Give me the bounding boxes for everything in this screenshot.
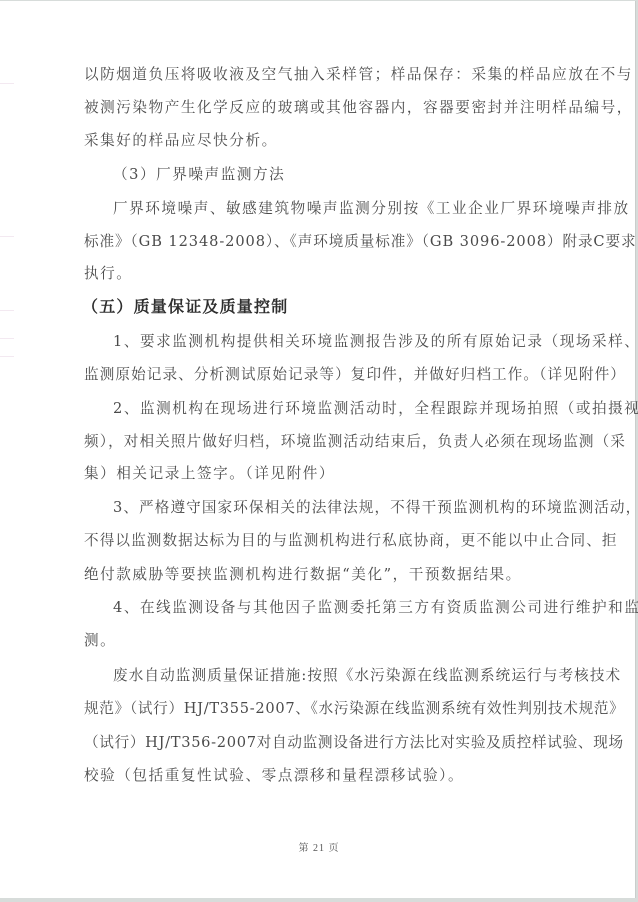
body-text-line: 以防烟道负压将吸收液及空气抽入采样管；样品保存：采集的样品应放在不与 — [84, 65, 594, 85]
body-text-line: 频），对相关照片做好归档，环境监测活动结束后，负责人必须在现场监测（采 — [84, 432, 594, 452]
body-text-line: 标准》（GB 12348-2008）、《声环境质量标准》（GB 3096-200… — [84, 232, 594, 252]
section-heading: （五）质量保证及质量控制 — [82, 297, 592, 317]
paragraph-first-line: 2、监测机构在现场进行环境监测活动时，全程跟踪并现场拍照（或拍摄视 — [113, 399, 623, 419]
subsection-heading: （3）厂界噪声监测方法 — [113, 165, 623, 185]
body-text-line: 校验（包括重复性试验、零点漂移和量程漂移试验）。 — [84, 766, 594, 786]
body-text-line: （试行）HJ/T356-2007对自动监测设备进行方法比对实验及质控样试验、现场 — [84, 733, 594, 753]
paragraph-first-line: 厂界环境噪声、敏感建筑物噪声监测分别按《工业企业厂界环境噪声排放 — [113, 199, 623, 219]
body-text-line: 被测污染物产生化学反应的玻璃或其他容器内，容器要密封并注明样品编号， — [84, 98, 594, 118]
body-text-line: 采集好的样品应尽快分析。 — [84, 131, 594, 151]
body-text-line: 集）相关记录上签字。（详见附件） — [84, 464, 594, 484]
margin-mark — [0, 236, 14, 237]
paragraph-first-line: 4、在线监测设备与其他因子监测委托第三方有资质监测公司进行维护和监 — [113, 598, 623, 618]
document-page: 以防烟道负压将吸收液及空气抽入采样管；样品保存：采集的样品应放在不与 被测污染物… — [0, 1, 636, 898]
body-text-line: 绝付款威胁等要挟监测机构进行数据“美化”，干预数据结果。 — [84, 565, 594, 585]
paragraph-first-line: 3、严格遵守国家环保相关的法律法规，不得干预监测机构的环境监测活动， — [113, 498, 623, 518]
body-text-line: 规范》（试行）HJ/T355-2007、《水污染源在线监测系统有效性判别技术规范… — [84, 699, 594, 719]
body-text-line: 执行。 — [84, 264, 594, 284]
body-text-line: 不得以监测数据达标为目的与监测机构进行私底协商，更不能以中止合同、拒 — [84, 531, 594, 551]
body-text-line: 测。 — [84, 631, 594, 651]
page-number: 第 21 页 — [0, 839, 638, 854]
margin-mark — [0, 83, 14, 84]
margin-mark — [0, 338, 14, 339]
margin-mark — [0, 310, 14, 311]
paragraph-first-line: 1、要求监测机构提供相关环境监测报告涉及的所有原始记录（现场采样、 — [113, 332, 623, 352]
margin-mark — [0, 356, 14, 357]
paragraph-first-line: 废水自动监测质量保证措施:按照《水污染源在线监测系统运行与考核技术 — [113, 666, 623, 686]
body-text-line: 监测原始记录、分析测试原始记录等）复印件，并做好归档工作。（详见附件） — [84, 365, 594, 385]
